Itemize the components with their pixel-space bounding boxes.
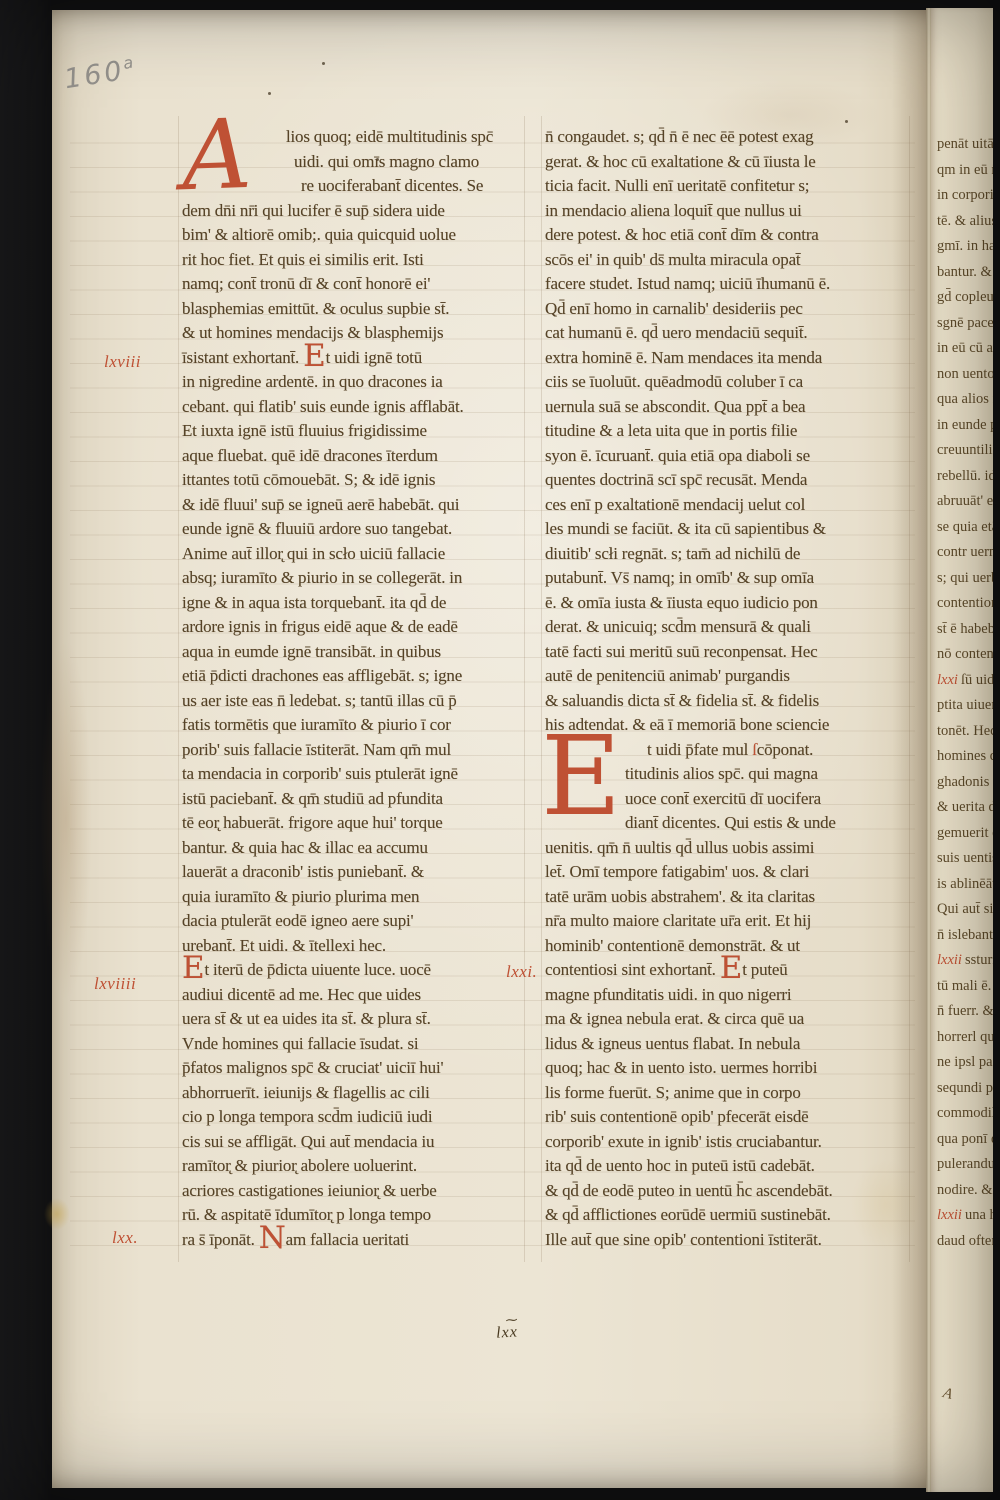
next-page-edge: penāt uitātqm in eū n̄in corporib' ftē. …	[931, 8, 993, 1492]
next-page-fragment-line: Qui aut̄ sine op	[937, 897, 993, 923]
next-page-fragment-line: creuuntilis aff	[937, 438, 993, 464]
chapter-number-fragment: lxxii	[937, 952, 962, 968]
text-line: istū paciebant̄. & qm̄ studiū ad pfundit…	[182, 787, 528, 812]
text-line: & idē fluui' sup̄ se igneū aerē habebāt.…	[182, 493, 528, 518]
text-line: syon ē. īcuruant̄. quia etiā opa diaboli…	[545, 444, 917, 469]
text-segment: una habebunt.	[965, 1207, 993, 1223]
text-line: ta mendacia in corporib' suis ptulerāt i…	[182, 762, 528, 787]
text-segment: ghadonis de fa	[937, 774, 993, 790]
text-line: his adtendat. & eā ī memoriā bone scienc…	[545, 713, 917, 738]
text-segment: Qui aut̄ sine op	[937, 901, 993, 917]
text-line: ita qd̄ de uento hoc in puteū istū cadeb…	[545, 1154, 917, 1179]
text-segment: in eunde puteū	[937, 417, 993, 433]
text-line: ramītor̨ & piurior̨ abolere uoluerint.	[182, 1154, 528, 1179]
next-page-fragment-line: horrerl querin	[937, 1025, 993, 1051]
text-line: eunde ignē & fluuiū ardore suo tangebat.	[182, 517, 528, 542]
text-segment: horrerl querin	[937, 1029, 993, 1045]
next-page-fragment-line: ghadonis de fa	[937, 770, 993, 796]
text-segment: daud oftendn	[937, 1233, 993, 1249]
text-line: Et iuxta ignē istū fluuius frigidissime	[182, 419, 528, 444]
next-page-fragment-line: ptita uiuerer l	[937, 693, 993, 719]
text-line: Et iterū de p̄dicta uiuente luce. uocē	[182, 958, 528, 983]
next-page-fragment-line: tū mali ē. nec o	[937, 974, 993, 1000]
text-line: absq; iuramīto & piurio in se collegerāt…	[182, 566, 528, 591]
next-page-fragment-line: non uento	[937, 362, 993, 388]
rubricated-initial: E	[182, 950, 204, 986]
text-segment: nō contentioni	[937, 646, 993, 662]
text-line: corporib' exute in ignib' istis cruciaba…	[545, 1130, 917, 1155]
text-line: urebant̄. Et uidi. & ītellexi hec.	[182, 934, 528, 959]
text-segment: ne ipsl pacifice	[937, 1054, 993, 1070]
next-page-fragment-line: contr uermes p	[937, 540, 993, 566]
next-page-fragment-line: ne ipsl pacifice	[937, 1050, 993, 1076]
text-segment: contentione op	[937, 595, 993, 611]
chapter-number-69: lxviiii	[94, 974, 136, 994]
text-line: bim' & altiorē omib;. quia quicquid uolu…	[182, 223, 528, 248]
text-line: quia iuramīto & piurio plurima men	[182, 885, 528, 910]
next-page-fragment-line: & uerita dūr c	[937, 795, 993, 821]
text-line: p̄fatos malignos spc̄ & cruciat' uiciī h…	[182, 1056, 528, 1081]
text-segment: gd̄ copleuerāt	[937, 289, 993, 305]
text-line: lios quoq; eidē multitudinis spc̄	[182, 125, 528, 150]
text-line: cat humanū ē. qd̄ uero mendaciū sequit̄.	[545, 321, 917, 346]
next-page-fragment-line: bantur. &	[937, 260, 993, 286]
text-line: acriores castigationes ieiunior̨ & uerbe	[182, 1179, 528, 1204]
next-page-fragment-line: n̄ islebant. abl	[937, 923, 993, 949]
text-line: ticia facit. Nulli enī ueritatē confitet…	[545, 174, 917, 199]
text-segment: pulerandun; p	[937, 1156, 993, 1172]
text-segment: creuuntilis aff	[937, 442, 993, 458]
text-line: derat. & unicuiq; scd̄m mensurā & quali	[545, 615, 917, 640]
text-segment: gemuerit effu	[937, 825, 993, 841]
next-page-fragment-line: in eunde puteū	[937, 413, 993, 439]
text-segment: contentiosi sint exhortant̄.	[545, 960, 720, 979]
text-line: in mendacio aliena loquit̄ que nullus ui	[545, 199, 917, 224]
next-page-fragment-line: in corporib' f	[937, 183, 993, 209]
next-page-fragment-line: homines qui ma	[937, 744, 993, 770]
text-line: ciis se īuoluūt. quēadmodū coluber ī ca	[545, 370, 917, 395]
text-line: ardore ignis in frigus eidē aque & de ea…	[182, 615, 528, 640]
text-line: t uidi p̄fate mul ſcōponat.	[545, 738, 917, 763]
chapter-number-70: lxx.	[112, 1228, 138, 1248]
chapter-number-fragment: lxxi	[937, 672, 958, 688]
text-line: tē eor̨ habuerāt. frigore aque hui' torq…	[182, 811, 528, 836]
text-line: nr̄a multo maiore claritate ur̄a erit. E…	[545, 909, 917, 934]
text-line: bantur. & quia hac & illac ea accumu	[182, 836, 528, 861]
text-line: in nigredine ardentē. in quo dracones ia	[182, 370, 528, 395]
text-line: ra s̄ īponāt. Nam fallacia ueritati	[182, 1228, 528, 1253]
text-line: & saluandis dicta st̄ & fidelia st̄. & f…	[545, 689, 917, 714]
text-segment: cōponat.	[757, 740, 813, 759]
next-page-fragment-line: pulerandun; p	[937, 1152, 993, 1178]
chapter-number-68: lxviii	[104, 352, 141, 372]
next-page-fragment-line: qm in eū n̄	[937, 158, 993, 184]
text-line: rit hoc fiet. Et quis ei similis erit. I…	[182, 248, 528, 273]
text-segment: qua alios mald	[937, 391, 993, 407]
text-segment: īsistant exhortant̄.	[182, 348, 303, 367]
text-line: extra hominē ē. Nam mendaces ita menda	[545, 346, 917, 371]
next-page-fragment-line: suis uentis ma	[937, 846, 993, 872]
next-page-fragment-line: nodire. & se illi	[937, 1178, 993, 1204]
text-line: igne & in aqua ista torquebant̄. ita qd̄…	[182, 591, 528, 616]
text-segment: st̄ ē habebant.	[937, 621, 993, 637]
manuscript-photo: 160a A E lios quoq; eidē multitudinis sp…	[0, 0, 1000, 1500]
text-line: fatis tormētis que iuramīto & piurio ī c…	[182, 713, 528, 738]
text-line: facere studet. Istud namq; uiciū īhumanū…	[545, 272, 917, 297]
text-segment: non uento	[937, 366, 993, 382]
next-page-fragment-line: commodil uer	[937, 1101, 993, 1127]
column-ruling	[541, 116, 542, 1262]
text-line: uoce cont̄ exercitū dī uocifera	[545, 787, 917, 812]
next-page-fragment-line: gmī. in hac	[937, 234, 993, 260]
next-page-corner-mark: A	[941, 1385, 954, 1404]
text-line: īsistant exhortant̄. Et uidi ignē totū	[182, 346, 528, 371]
text-line: titudine & a leta uita que in portis fil…	[545, 419, 917, 444]
text-line: n̄ congaudet. s; qd̄ n̄ ē nec ēē potest …	[545, 125, 917, 150]
text-line: tatē facti sui meritū suū reconpensat. H…	[545, 640, 917, 665]
text-segment: n̄ fuerr. & itaq	[937, 1003, 993, 1019]
text-line: les mundi se faciūt. & ita cū sapientibu…	[545, 517, 917, 542]
text-line: ittantes totū cōmouebāt. S; & idē ignis	[182, 468, 528, 493]
next-page-fragment-line: lxxiſū uidi. & itel	[937, 668, 993, 694]
text-segment: se quia etā an	[937, 519, 993, 535]
text-line: blasphemias emittūt. & oculus supbie st̄…	[182, 297, 528, 322]
text-segment: gmī. in hac	[937, 238, 993, 254]
text-segment: & uerita dūr c	[937, 799, 993, 815]
text-segment: ſū uidi. & itel	[961, 672, 993, 688]
text-line: & qd̄ de eodē puteo in uentū h̄c ascende…	[545, 1179, 917, 1204]
text-segment: s; qui uerbū s	[937, 570, 993, 586]
ink-speck	[845, 120, 848, 123]
text-line: quentes doctrinā scī spc̄ recusāt. Menda	[545, 468, 917, 493]
next-page-fragment-line: st̄ ē habebant.	[937, 617, 993, 643]
text-line: etiā p̄dicti drachones eas affligebāt. s…	[182, 664, 528, 689]
text-line: autē de penitenciū animab' purgandis	[545, 664, 917, 689]
next-page-fragment-line: lxxiiuna habebunt.	[937, 1203, 993, 1229]
text-line: & qd̄ afflictiones eorūdē uermiū sustine…	[545, 1203, 917, 1228]
text-segment: qua ponī dilig	[937, 1131, 993, 1147]
text-line: porib' suis fallacie īstiterāt. Nam qm̄ …	[182, 738, 528, 763]
chapter-number-fragment: lxxii	[937, 1207, 962, 1223]
text-line: rū. & aspitatē īdumītor̨ p longa tempo	[182, 1203, 528, 1228]
gutter-shadow	[892, 10, 928, 1488]
text-line: uera st̄ & ut ea uides ita st̄. & plura …	[182, 1007, 528, 1032]
text-segment: t puteū	[742, 960, 787, 979]
next-page-fragment-line: se quia etā an	[937, 515, 993, 541]
text-line: ma & ignea nebula erat. & circa quē ua	[545, 1007, 917, 1032]
text-segment: ra s̄ īponāt.	[182, 1230, 259, 1249]
rubricated-initial: E	[303, 338, 325, 374]
text-line: audiui dicentē ad me. Hec que uides	[182, 983, 528, 1008]
next-page-fragment-line: qua ponī dilig	[937, 1127, 993, 1153]
text-line: Anime aut̄ illor̨ qui in scło uiciū fall…	[182, 542, 528, 567]
text-line: gerat. & hoc cū exaltatione & cū īiusta …	[545, 150, 917, 175]
text-segment: in corporib' f	[937, 187, 993, 203]
next-page-fragment-line: tē. & alius plur	[937, 209, 993, 235]
text-segment: tū mali ē. nec o	[937, 978, 993, 994]
text-segment: n̄ islebant. abl	[937, 927, 993, 943]
text-line: quoq; hac & in uento isto. uermes horrib…	[545, 1056, 917, 1081]
ink-speck	[268, 92, 271, 95]
text-segment: t uidi p̄fate mul	[647, 740, 752, 759]
text-segment: nodire. & se illi	[937, 1182, 993, 1198]
text-column-right: n̄ congaudet. s; qd̄ n̄ ē nec ēē potest …	[545, 125, 917, 1252]
text-line: uenitis. qm̄ n̄ uultis qd̄ ullus uobis a…	[545, 836, 917, 861]
text-segment: sgnē pacebanī	[937, 315, 993, 331]
text-segment: rebellū. idcirco	[937, 468, 993, 484]
text-segment: ptita uiuerer l	[937, 697, 993, 713]
chapter-number-71: lxxi.	[506, 962, 537, 982]
text-line: lis forme fuerūt. S; anime que in corpo	[545, 1081, 917, 1106]
text-line: titudinis alios spc̄. qui magna	[545, 762, 917, 787]
quire-signature: ⁓lxx	[495, 1315, 520, 1342]
text-segment: contr uermes p	[937, 544, 993, 560]
text-line: uidi. qui omīs magno clamo	[182, 150, 528, 175]
text-line: dere potest. & hoc etiā cont̄ dīm & cont…	[545, 223, 917, 248]
text-line: tatē urām uobis abstrahem'. & ita clarit…	[545, 885, 917, 910]
text-line: lidus & igneus uentus flabat. In nebula	[545, 1032, 917, 1057]
next-page-fragment-line: penāt uitāt	[937, 132, 993, 158]
text-line: putabunt̄. Vs̄ namq; in omīb' & sup omīa	[545, 566, 917, 591]
next-page-fragment-line: qua alios mald	[937, 387, 993, 413]
text-line: uernula suā se abscondit. Qua ppt̄ a bea	[545, 395, 917, 420]
text-line: Vnde homines qui fallacie īsudat. si	[182, 1032, 528, 1057]
text-column-left: lios quoq; eidē multitudinis spc̄uidi. q…	[182, 125, 528, 1252]
text-segment: commodil uer	[937, 1105, 993, 1121]
rubricated-initial: N	[259, 1220, 286, 1256]
text-line: namq; cont̄ tronū dī & cont̄ honorē ei'	[182, 272, 528, 297]
text-line: rib' suis contentionē opib' pfecerāt eis…	[545, 1105, 917, 1130]
next-page-fragment-line: in eū cū ali	[937, 336, 993, 362]
text-line: cebant. qui flatib' suis eunde ignis aff…	[182, 395, 528, 420]
text-line: diant̄ dicentes. Qui estis & unde	[545, 811, 917, 836]
next-page-fragment-line: nō contentioni	[937, 642, 993, 668]
text-segment: qm in eū n̄	[937, 162, 993, 178]
text-line: dacia ptulerāt eodē igneo aere supi'	[182, 909, 528, 934]
ink-speck	[322, 62, 325, 65]
text-segment: is ablinēāt. atq;	[937, 876, 993, 892]
next-page-fragment-line: contentione op	[937, 591, 993, 617]
text-segment: am fallacia ueritati	[286, 1230, 409, 1249]
text-segment: suis uentis ma	[937, 850, 993, 866]
text-line: cio p longa tempora scd̄m iudiciū iudi	[182, 1105, 528, 1130]
next-page-fragment-line: abruuāt' eldē	[937, 489, 993, 515]
next-page-text-fragments: penāt uitātqm in eū n̄in corporib' ftē. …	[937, 132, 993, 1254]
text-line: & ut homines mendacijs & blasphemijs	[182, 321, 528, 346]
next-page-fragment-line: sequndi peace	[937, 1076, 993, 1102]
next-page-fragment-line: tonēt. Hec que t	[937, 719, 993, 745]
text-line: contentiosi sint exhortant̄. Et puteū	[545, 958, 917, 983]
column-ruling	[178, 116, 179, 1262]
text-line: abhorruerīt. ieiunijs & flagellis ac cil…	[182, 1081, 528, 1106]
text-segment: ssturi s̄ imponā	[965, 952, 993, 968]
text-line: aque fluebat. quē idē dracones īterdum	[182, 444, 528, 469]
text-line: re uociferabant̄ dicentes. Se	[182, 174, 528, 199]
text-segment: tonēt. Hec que t	[937, 723, 993, 739]
text-line: ē. & omīa iusta & īiusta equo iudicio po…	[545, 591, 917, 616]
text-segment: t uidi ignē totū	[326, 348, 422, 367]
quire-text: lxx	[496, 1324, 519, 1342]
text-segment: in eū cū ali	[937, 340, 993, 356]
text-line: aqua in eumde ignē transibāt. in quibus	[182, 640, 528, 665]
text-segment: abruuāt' eldē	[937, 493, 993, 509]
text-line: ces enī p exaltationē mendacij uelut col	[545, 493, 917, 518]
text-line: lauerāt a draconib' istis puniebant̄. &	[182, 860, 528, 885]
text-segment: tē. & alius plur	[937, 213, 993, 229]
text-line: scōs ei' in quib' ds̄ multa miracula opa…	[545, 248, 917, 273]
text-line: dem dn̄i nr̄i qui lucifer ē sup̄ sidera …	[182, 199, 528, 224]
next-page-fragment-line: is ablinēāt. atq;	[937, 872, 993, 898]
text-line: diuitib' scłi regnāt. s; tam̄ ad nichilū…	[545, 542, 917, 567]
text-segment: t iterū de p̄dicta uiuente luce. uocē	[204, 960, 430, 979]
next-page-fragment-line: gd̄ copleuerāt	[937, 285, 993, 311]
next-page-fragment-line: s; qui uerbū s	[937, 566, 993, 592]
next-page-fragment-line: rebellū. idcirco	[937, 464, 993, 490]
text-line: magne pfunditatis uidi. in quo nigerri	[545, 983, 917, 1008]
rubricated-initial: E	[720, 950, 742, 986]
next-page-fragment-line: daud oftendn	[937, 1229, 993, 1255]
text-line: cis sui se affligāt. Qui aut̄ mendacia i…	[182, 1130, 528, 1155]
next-page-fragment-line: lxxiissturi s̄ imponā	[937, 948, 993, 974]
text-segment: homines qui ma	[937, 748, 993, 764]
text-line: let̄. Omī tempore fatigabim' uos. & clar…	[545, 860, 917, 885]
text-line: us aer iste eas n̄ ledebat. s; tantū ill…	[182, 689, 528, 714]
text-segment: penāt uitāt	[937, 136, 993, 152]
next-page-fragment-line: sgnē pacebanī	[937, 311, 993, 337]
text-line: Ille aut̄ que sine opib' contentioni īst…	[545, 1228, 917, 1253]
next-page-fragment-line: n̄ fuerr. & itaq	[937, 999, 993, 1025]
next-page-fragment-line: gemuerit effu	[937, 821, 993, 847]
text-segment: bantur. &	[937, 264, 992, 280]
text-segment: sequndi peace	[937, 1080, 993, 1096]
text-line: Qd̄ enī homo in carnalib' desideriis pec	[545, 297, 917, 322]
